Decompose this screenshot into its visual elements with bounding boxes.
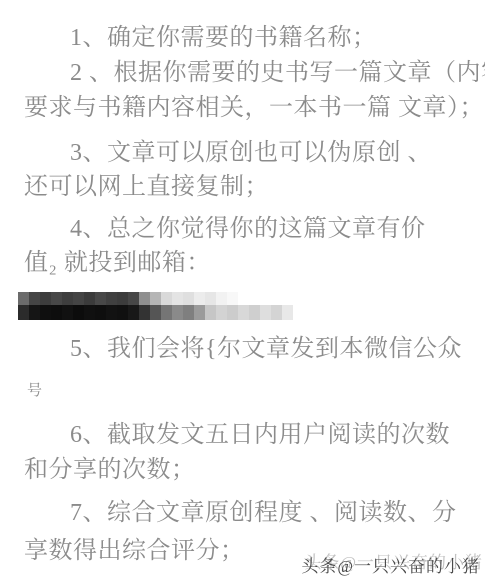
instruction-line-7-cont: 享数得出综合评分； [24,538,245,566]
instruction-line-6-cont: 和分享的次数； [24,457,196,485]
watermark-text: 头条@一只兴奋的小猪 [301,552,480,577]
instruction-line-4-cont: 值₂ 就投到邮箱： [24,250,211,278]
instruction-line-1: 1、确定你需要的书籍名称； [70,25,377,53]
redacted-email-block [18,292,293,320]
instruction-line-2: 2 、根据你需要的史书写一篇文章（内容 [70,60,485,88]
instruction-line-5: 5、我们会将{尔文章发到本微信公众 [70,336,462,364]
instruction-line-3-cont: 还可以网上直接复制； [24,174,269,202]
article-page: 1、确定你需要的书籍名称； 2 、根据你需要的史书写一篇文章（内容 要求与书籍内… [0,0,485,583]
instruction-line-5-cont: 号 [27,383,42,400]
instruction-line-7: 7、综合文章原创程度 、阅读数、分 [70,500,457,528]
instruction-line-4: 4、总之你觉得你的这篇文章有价 [70,216,426,244]
instruction-line-6: 6、截取发文五日内用户阅读的次数 [70,422,450,450]
instruction-line-3: 3、文章可以原创也可以伪原创 、 [70,140,432,168]
watermark: 头条@一只兴奋的小猪 头条@一只兴奋的小猪 [301,552,480,577]
instruction-line-2-cont: 要求与书籍内容相关，一本书一篇 文章）； [24,95,484,123]
